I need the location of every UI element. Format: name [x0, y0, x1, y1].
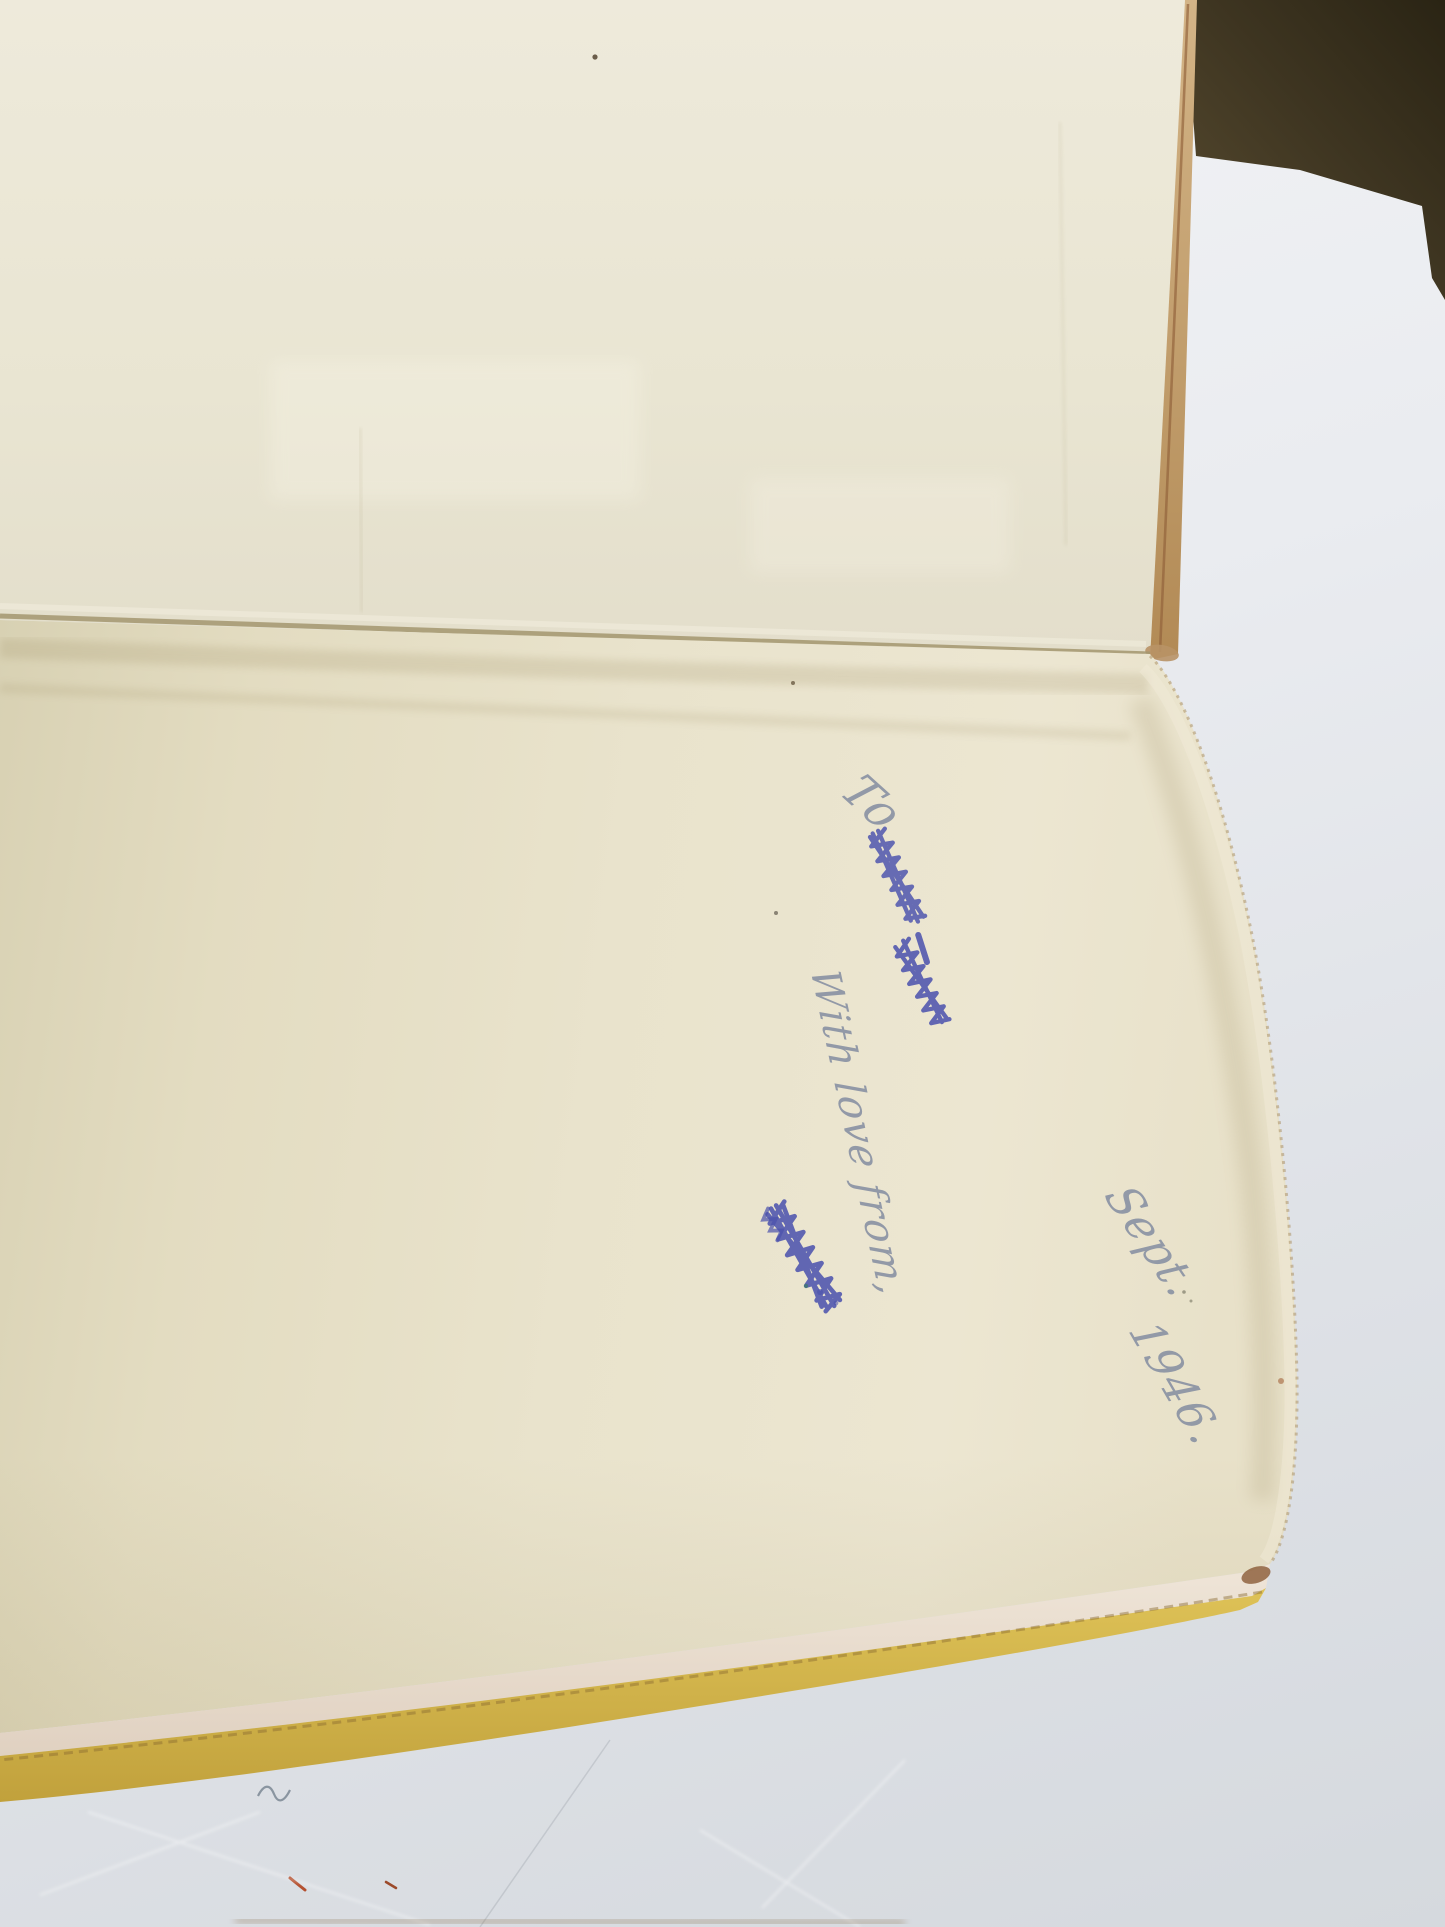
- page-streak: [360, 428, 362, 612]
- page-light-patch: [750, 478, 1010, 573]
- table-bottom-smear: [235, 1920, 905, 1923]
- ink-dot: [817, 1289, 823, 1295]
- book-photo-scene: [0, 0, 1445, 1927]
- photo-frame: To With love from, Sept. 1946.: [0, 0, 1445, 1927]
- page-speck: [1190, 1300, 1193, 1303]
- page-speck: [774, 911, 778, 915]
- edge-stain: [1278, 1378, 1284, 1384]
- red-fiber: [386, 1882, 396, 1888]
- page-light-patch: [270, 360, 640, 500]
- dark-backdrop: [1183, 0, 1445, 300]
- upper-endpaper-page: [0, 0, 1189, 654]
- teal-speck: [804, 1284, 808, 1288]
- page-speck: [592, 54, 597, 59]
- table-hairline: [480, 1740, 610, 1927]
- table-squiggle-mark: [258, 1787, 290, 1801]
- page-speck: [791, 681, 795, 685]
- ink-dot: [834, 1301, 839, 1306]
- flyleaf-bottom-shading: [0, 620, 1297, 1733]
- table-scratches: [40, 1760, 905, 1927]
